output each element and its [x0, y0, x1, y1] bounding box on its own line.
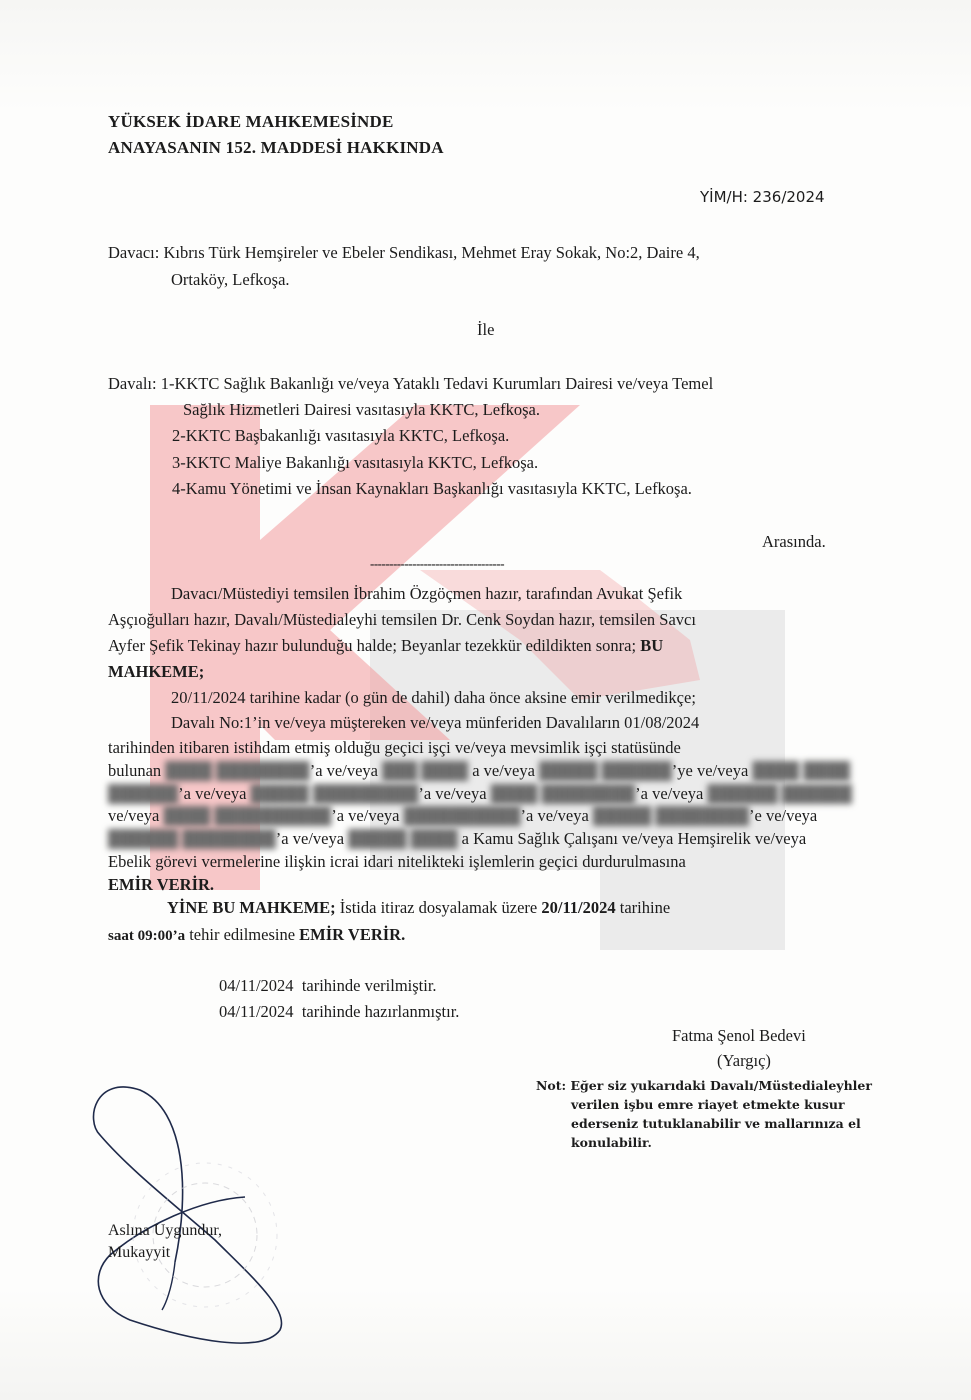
conjunction: ’a ve/veya: [310, 761, 378, 780]
adjournment-text: tehir edilmesine: [189, 925, 295, 944]
given-date: 04/11/2024: [219, 976, 294, 995]
connector-ile: İle: [477, 320, 494, 340]
plaintiff-block: Davacı: Kıbrıs Türk Hemşireler ve Ebeler…: [108, 243, 700, 263]
conjunction: ’a ve/veya: [178, 784, 246, 803]
court-subtitle: ANAYASANIN 152. MADDESİ HAKKINDA: [108, 138, 444, 158]
redacted-name: █████ ████: [348, 829, 457, 849]
hearing-time: saat 09:00’a: [108, 928, 185, 944]
defendant-label: Davalı:: [108, 374, 157, 393]
court-title: YÜKSEK İDARE MAHKEMESİNDE: [108, 112, 394, 132]
order-text: bulunan: [108, 761, 161, 780]
certification-line2: Mukayyit: [108, 1244, 170, 1262]
note-text: Eğer siz yukarıdaki Davalı/Müstedialeyhl…: [571, 1078, 872, 1093]
defendant-item: 1-KKTC Sağlık Bakanlığı ve/veya Yataklı …: [161, 374, 713, 393]
appearance-line3: Ayfer Şefik Tekinay hazır bulunduğu hald…: [108, 636, 663, 656]
adjournment-text: İstida itiraz dosyalamak üzere: [340, 898, 537, 917]
redacted-name: █████ █████████: [251, 784, 419, 804]
given-text: tarihinde verilmiştir.: [302, 976, 437, 995]
redacted-name: ████ ██████████: [163, 806, 331, 826]
conjunction: ’a ve/veya: [418, 784, 486, 803]
defendant-row-1: Davalı: 1-KKTC Sağlık Bakanlığı ve/veya …: [108, 374, 713, 394]
section-divider: -----------------------------------: [370, 556, 504, 572]
prepared-text: tarihinde hazırlanmıştır.: [302, 1002, 460, 1021]
order-line4: ██████’a ve/veya █████ █████████’a ve/ve…: [108, 784, 852, 804]
judge-title: (Yargıç): [717, 1051, 771, 1071]
court-ref-mahkeme: MAHKEME;: [108, 662, 204, 682]
order-text: a Kamu Sağlık Çalışanı ve/veya Hemşireli…: [462, 829, 807, 848]
validity-clause: 20/11/2024 tarihine kadar (o gün de dahi…: [171, 688, 696, 708]
redacted-name: ████ ████████: [165, 761, 309, 781]
note-text: verilen işbu emre riayet etmekte kusur: [536, 1095, 872, 1114]
plaintiff-label: Davacı:: [108, 243, 159, 262]
prepared-date-line: 04/11/2024 tarihinde hazırlanmıştır.: [219, 1002, 459, 1022]
adjournment-text: tarihine: [620, 898, 670, 917]
defendant-item: Sağlık Hizmetleri Dairesi vasıtasıyla KK…: [183, 400, 540, 420]
conjunction: ’a ve/veya: [635, 784, 703, 803]
order-line2: tarihinden itibaren istihdam etmiş olduğ…: [108, 738, 681, 758]
redacted-name: ██████████: [404, 806, 521, 826]
order-line1: Davalı No:1’in ve/veya müştereken ve/vey…: [171, 713, 699, 733]
appearance-line1: Davacı/Müstediyi temsilen İbrahim Özgöçm…: [171, 584, 682, 604]
conjunction: ’e ve/veya: [749, 806, 817, 825]
redacted-name: ███ ████: [382, 761, 468, 781]
prepared-date: 04/11/2024: [219, 1002, 294, 1021]
note-label: Not:: [536, 1078, 566, 1093]
judge-name: Fatma Şenol Bedevi: [672, 1026, 806, 1046]
redacted-name: ████ ████: [752, 761, 850, 781]
conjunction: ’a ve/veya: [521, 806, 589, 825]
order-line3: bulunan ████ ████████’a ve/veya ███ ████…: [108, 761, 850, 781]
conjunction: ve/veya: [108, 806, 159, 825]
certification-line1: Aslına Uygundur,: [108, 1222, 222, 1240]
order-line7: Ebelik görevi vermelerine ilişkin icrai …: [108, 852, 686, 872]
between-text: Arasında.: [762, 532, 826, 552]
court-ref-bold: BU: [640, 636, 663, 655]
defendant-item: 2-KKTC Başbakanlığı vasıtasıyla KKTC, Le…: [172, 426, 509, 446]
redacted-name: ██████ ██████: [708, 784, 852, 804]
order-line6: ██████ ████████’a ve/veya █████ ████ a K…: [108, 829, 806, 849]
conjunction: ’ye ve/veya: [672, 761, 749, 780]
adjournment-line1: YİNE BU MAHKEME; İstida itiraz dosyalama…: [167, 898, 670, 918]
redacted-name: █████ ████████: [593, 806, 749, 826]
appearance-text: Ayfer Şefik Tekinay hazır bulunduğu hald…: [108, 636, 636, 655]
case-number: YİM/H: 236/2024: [700, 188, 825, 206]
note-text: konulabilir.: [536, 1133, 872, 1152]
redacted-name: █████ ██████: [539, 761, 672, 781]
plaintiff-line1: Kıbrıs Türk Hemşireler ve Ebeler Sendika…: [163, 243, 699, 262]
defendant-item: 3-KKTC Maliye Bakanlığı vasıtasıyla KKTC…: [172, 453, 538, 473]
defendant-item: 4-Kamu Yönetimi ve İnsan Kaynakları Başk…: [172, 479, 692, 499]
hearing-date: 20/11/2024: [541, 898, 615, 917]
redacted-name: ████ ████████: [491, 784, 635, 804]
conjunction: ’a ve/veya: [331, 806, 399, 825]
court-ref-bold: YİNE BU MAHKEME;: [167, 898, 336, 917]
redacted-name: ██████ ████████: [108, 829, 276, 849]
warning-note: Not: Eğer siz yukarıdaki Davalı/Müstedia…: [536, 1076, 872, 1152]
plaintiff-line2: Ortaköy, Lefkoşa.: [171, 270, 290, 290]
note-text: ederseniz tutuklanabilir ve mallarınıza …: [536, 1114, 872, 1133]
order-line5: ve/veya ████ ██████████’a ve/veya ██████…: [108, 806, 817, 826]
redacted-name: ██████: [108, 784, 178, 804]
given-date-line: 04/11/2024 tarihinde verilmiştir.: [219, 976, 437, 996]
conjunction: a ve/veya: [472, 761, 535, 780]
order-verdict: EMİR VERİR.: [108, 875, 214, 895]
conjunction: ’a ve/veya: [276, 829, 344, 848]
appearance-line2: Aşçıoğulları hazır, Davalı/Müstedialeyhi…: [108, 610, 696, 630]
adjournment-line2: saat 09:00’a tehir edilmesine EMİR VERİR…: [108, 925, 405, 945]
order-verdict: EMİR VERİR.: [299, 925, 405, 944]
